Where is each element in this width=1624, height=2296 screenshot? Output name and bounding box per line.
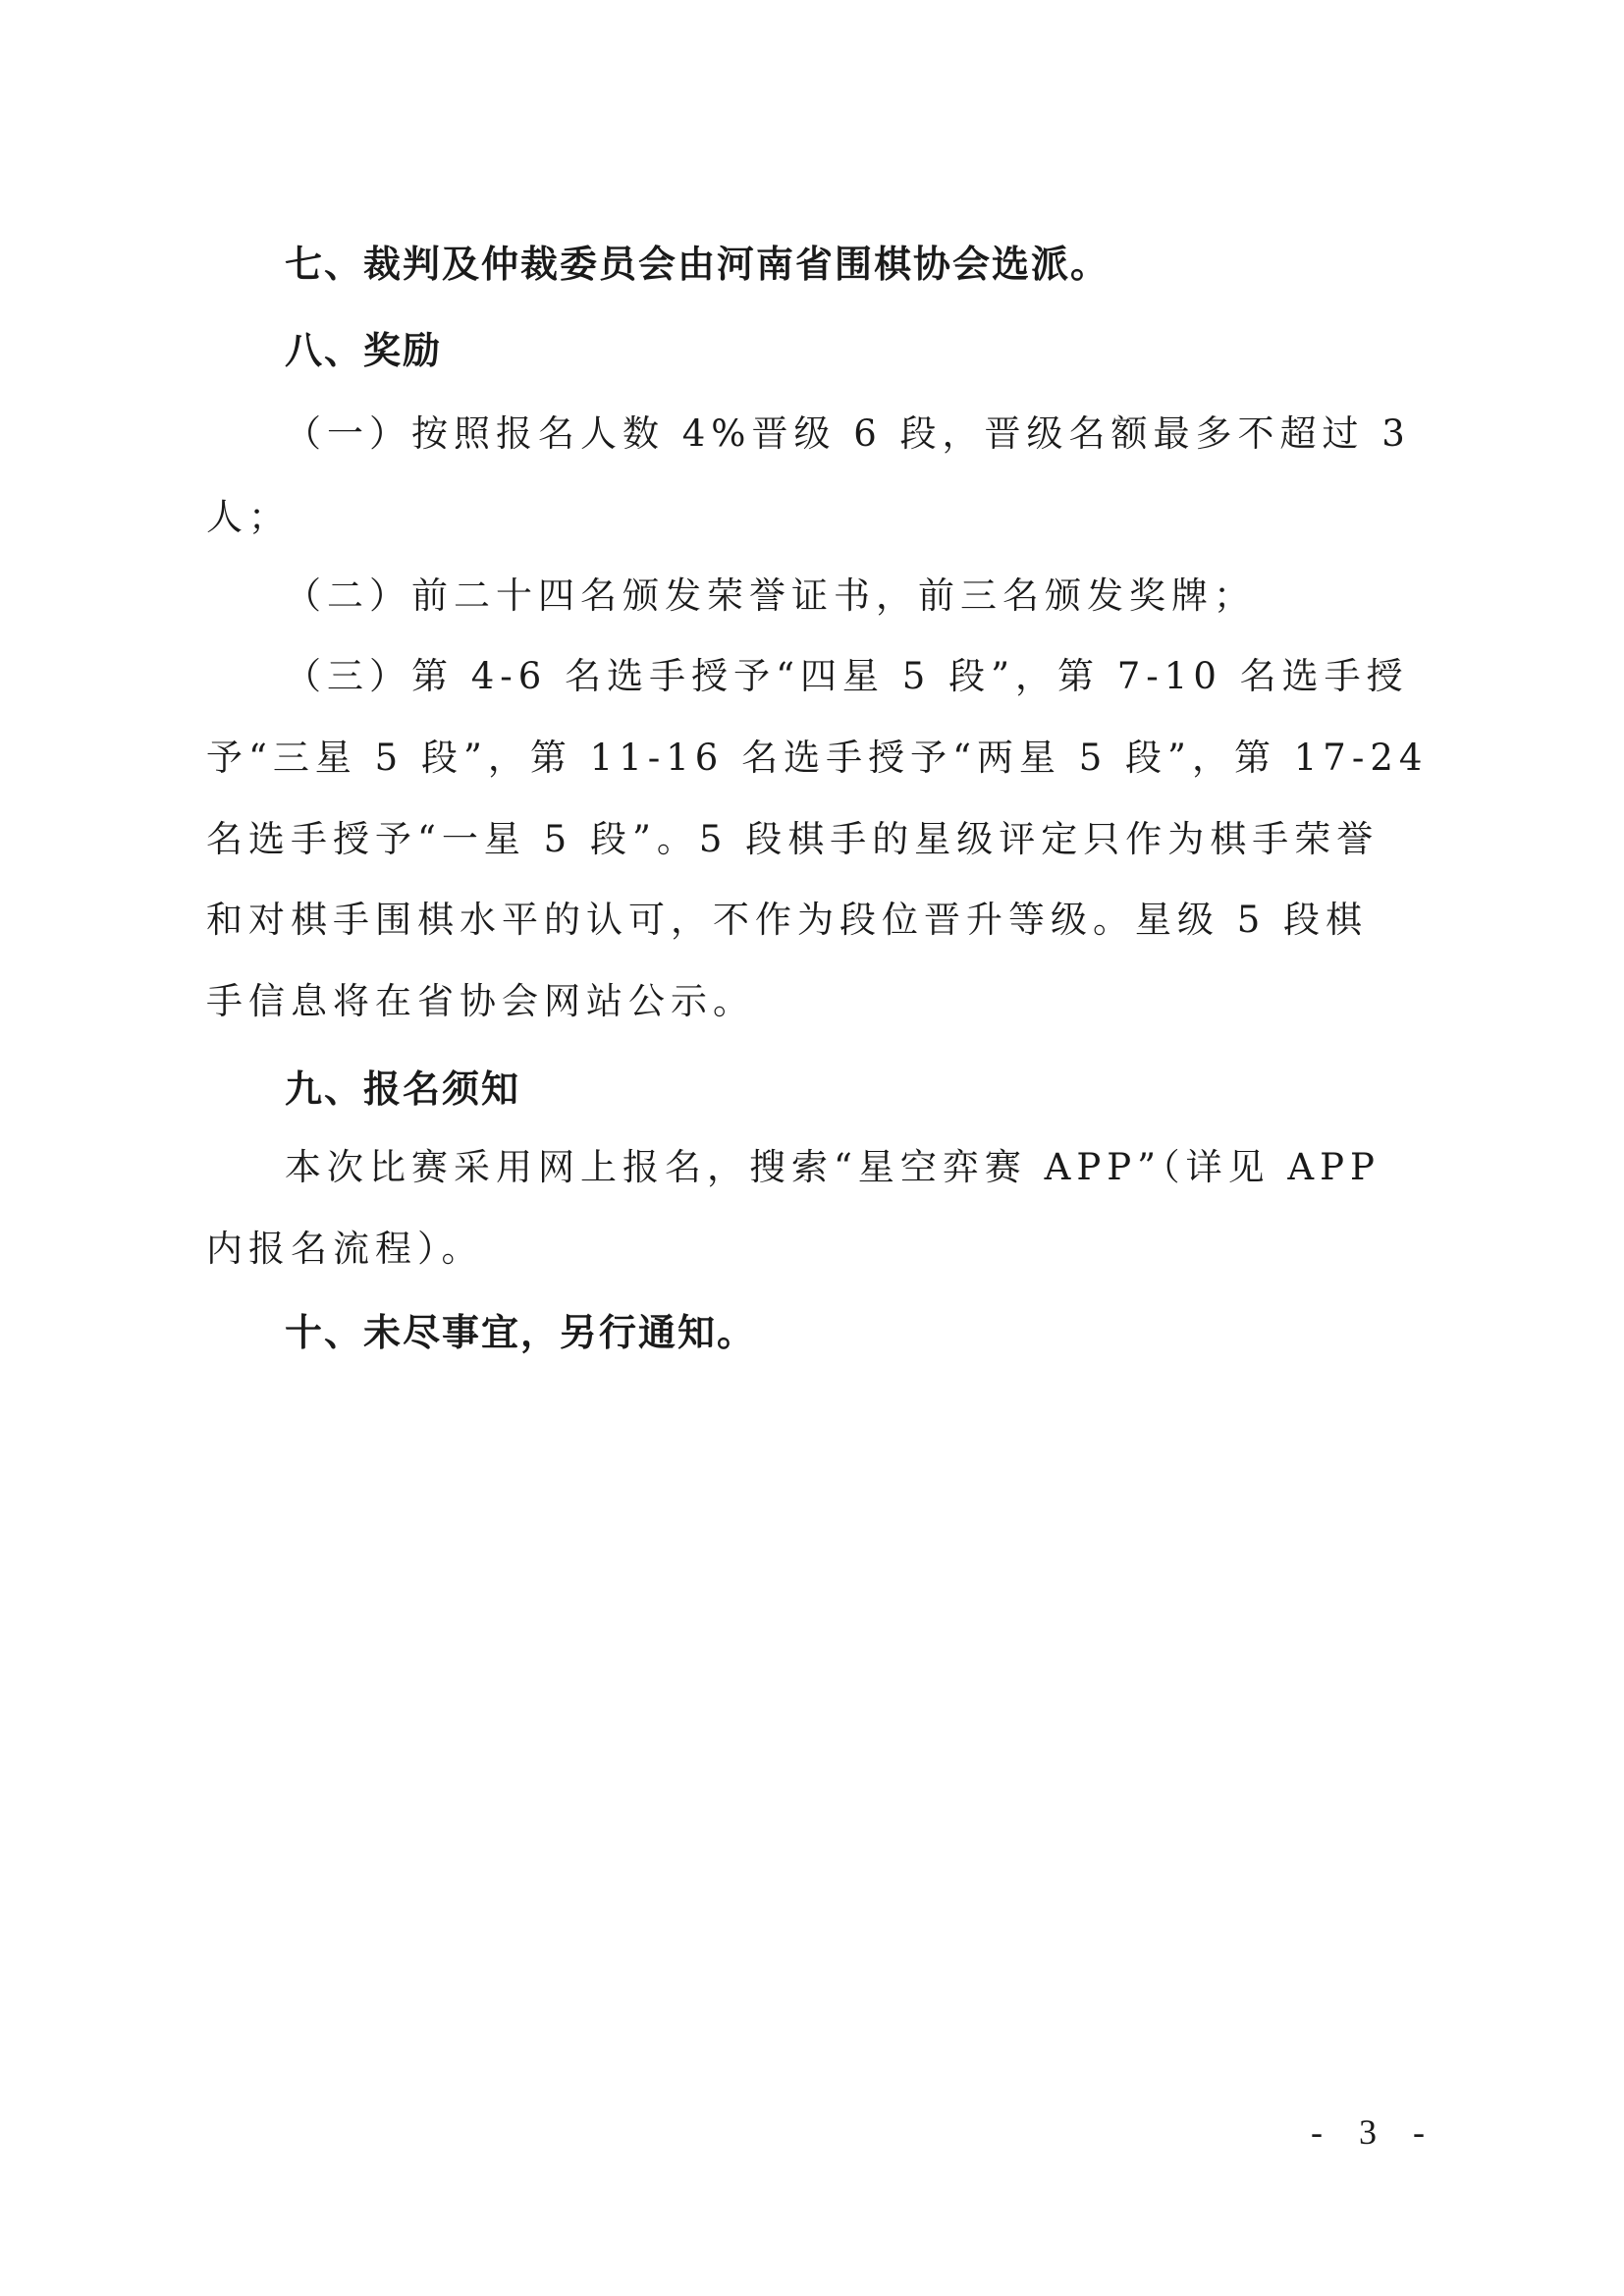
paragraph-line: （二）前二十四名颁发荣誉证书，前三名颁发奖牌； — [285, 577, 1256, 614]
paragraph-line: （三）第 4-6 名选手授予“四星 5 段”，第 7-10 名选手授 — [285, 658, 1409, 694]
paragraph-line: （一）按照报名人数 4%晋级 6 段，晋级名额最多不超过 3 — [285, 415, 1411, 452]
document-page: 七、裁判及仲裁委员会由河南省围棋协会选派。 八、奖励 （一）按照报名人数 4%晋… — [0, 0, 1624, 2296]
section-heading-eight: 八、奖励 — [285, 332, 442, 369]
section-heading-seven: 七、裁判及仲裁委员会由河南省围棋协会选派。 — [285, 246, 1110, 283]
paragraph-line: 名选手授予“一星 5 段”。5 段棋手的星级评定只作为棋手荣誉 — [206, 821, 1379, 857]
paragraph-line: 内报名流程）。 — [206, 1230, 484, 1267]
section-heading-ten: 十、未尽事宜，另行通知。 — [285, 1314, 756, 1351]
section-heading-nine: 九、报名须知 — [285, 1070, 520, 1108]
paragraph-line: 本次比赛采用网上报名，搜索“星空弈赛 APP”（详见 APP — [285, 1149, 1380, 1185]
paragraph-line: 手信息将在省协会网站公示。 — [206, 983, 755, 1019]
paragraph-line: 和对棋手围棋水平的认可，不作为段位晋升等级。星级 5 段棋 — [206, 902, 1368, 938]
paragraph-line: 予“三星 5 段”，第 11-16 名选手授予“两星 5 段”，第 17-24 — [206, 739, 1428, 776]
page-number: - 3 - — [1311, 2111, 1438, 2153]
paragraph-line: 人； — [206, 499, 291, 535]
